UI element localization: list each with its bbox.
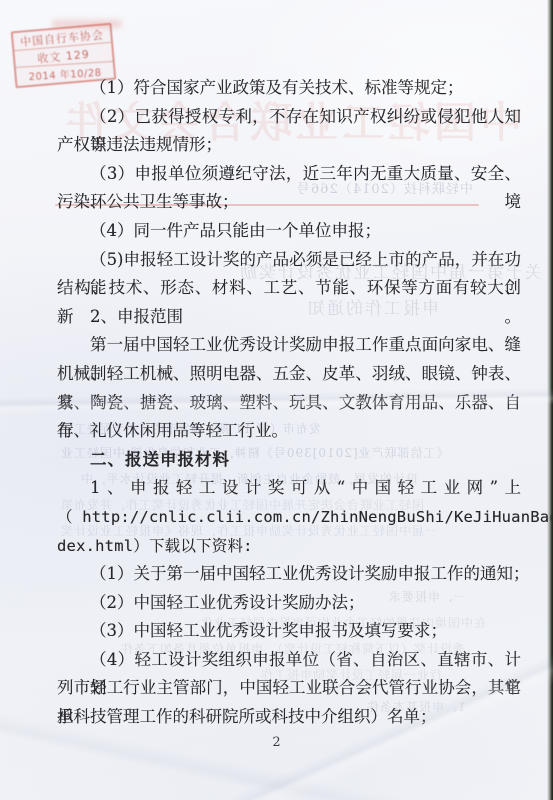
document-line: 列市轻工行业主管部门，中国轻工业联合会代管行业协会，其它承 — [57, 674, 521, 703]
document-line: dex.html）下载以下资料: — [57, 532, 521, 561]
document-line: （2）中国轻工业优秀设计奖励办法； — [57, 589, 521, 618]
document-line: （1）符合国家产业政策及有关技术、标准等规定； — [57, 74, 521, 103]
document-line: 1、申报轻工设计奖可从“中国轻工业网”上 — [57, 474, 521, 503]
document-line: 结构、技术、形态、材料、工艺、节能、环保等方面有较大创新。 — [57, 274, 521, 303]
document-line: 车、礼仪休闲用品等轻工行业。 — [57, 417, 521, 446]
document-line: （3）中国轻工业优秀设计奖申报书及填写要求； — [57, 617, 521, 646]
document-line: 担科技管理工作的科研院所或科技中介组织）名单； — [57, 703, 521, 732]
document-line: （2）已获得授权专利，不存在知识产权纠纷或侵犯他人知识 — [57, 103, 521, 132]
document-line: （ http://cnlic.clii.com.cn/ZhinNengBuShi… — [57, 503, 521, 532]
scanner-edge-shadow — [547, 0, 553, 800]
document-line: 具、陶瓷、搪瓷、玻璃、塑料、玩具、文教体育用品、乐器、自行 — [57, 389, 521, 418]
document-line: （4）同一件产品只能由一个单位申报； — [57, 217, 521, 246]
page-number: 2 — [0, 735, 553, 750]
document-line: （5)申报轻工设计奖的产品必须是已经上市的产品，并在功能、 — [57, 246, 521, 275]
document-line: 二、报送申报材料 — [57, 446, 521, 475]
document-line: （1）关于第一届中国轻工业优秀设计奖励申报工作的通知； — [57, 560, 521, 589]
document-line: 产权等违法违规情形； — [57, 131, 521, 160]
document-line: （3）申报单位须遵纪守法，近三年内无重大质量、安全、环境 — [57, 160, 521, 189]
document-line: （4）轻工设计奖组织申报单位（省、自治区、直辖市、计划单 — [57, 646, 521, 675]
document-body: （1）符合国家产业政策及有关技术、标准等规定；（2）已获得授权专利，不存在知识产… — [57, 74, 521, 732]
document-line: 第一届中国轻工业优秀设计奖励申报工作重点面向家电、缝制 — [57, 331, 521, 360]
scanned-document-page: 中国自行车协会 收文 129 2014 年10/28 中国轻工业联合会文件中轻联… — [0, 0, 553, 800]
document-line: 机械、轻工机械、照明电器、五金、皮革、羽绒、眼镜、钟表、家 — [57, 360, 521, 389]
